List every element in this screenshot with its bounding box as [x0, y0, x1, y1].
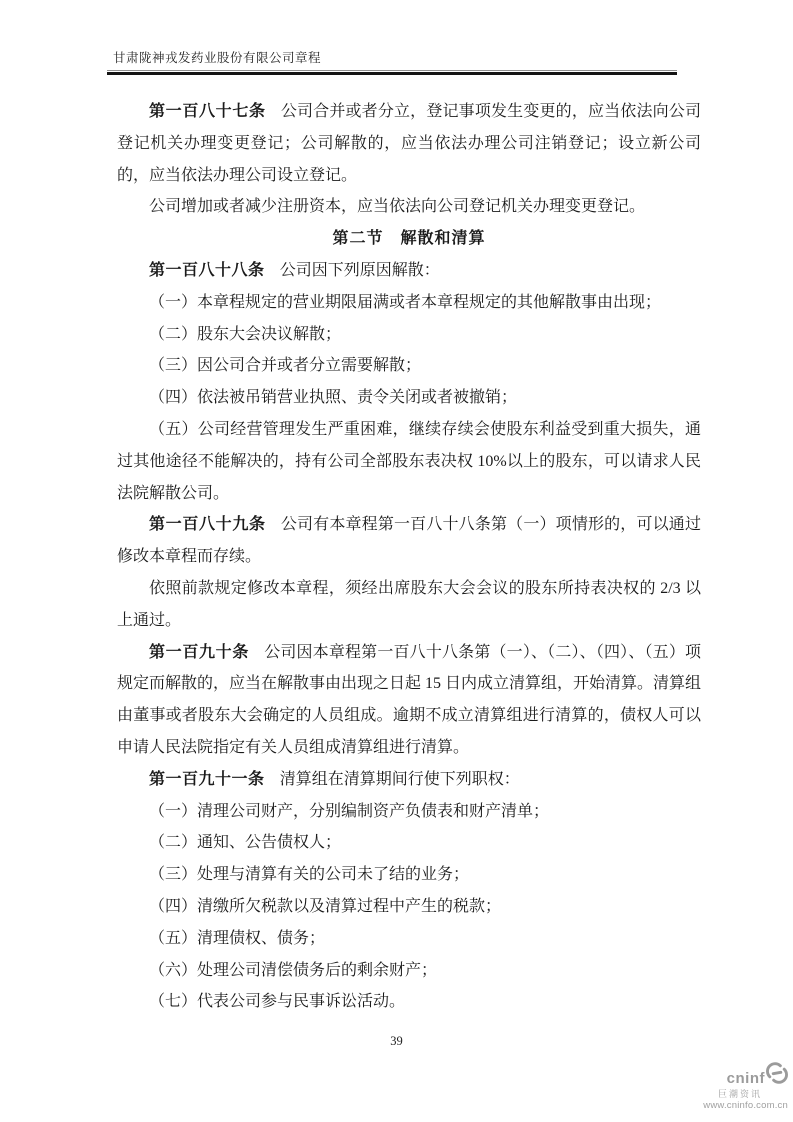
page-number: 39: [0, 1034, 793, 1049]
document-page: 甘肃陇神戎发药业股份有限公司章程 第一百八十七条公司合并或者分立，登记事项发生变…: [0, 0, 793, 1122]
paragraph-plain: （四）依法被吊销营业执照、责令关闭或者被撤销；: [117, 382, 701, 414]
paragraph-plain: （一）清理公司财产，分别编制资产负债表和财产清单；: [117, 796, 701, 828]
cninfo-logo-row: cninf: [676, 1062, 788, 1089]
paragraph-plain: 公司增加或者减少注册资本，应当依法向公司登记机关办理变更登记。: [117, 191, 701, 223]
paragraph-plain: （五）公司经营管理发生严重困难，继续存续会使股东利益受到重大损失，通过其他途径不…: [117, 414, 701, 509]
paragraph-article: 第一百九十条公司因本章程第一百八十八条第（一）、（二）、（四）、（五）项规定而解…: [117, 637, 701, 764]
paragraph-plain: （六）处理公司清偿债务后的剩余财产；: [117, 955, 701, 987]
document-body: 第一百八十七条公司合并或者分立，登记事项发生变更的，应当依法向公司登记机关办理变…: [117, 96, 701, 1018]
header-rule-thick: [107, 72, 677, 75]
page-header: 甘肃陇神戎发药业股份有限公司章程: [107, 48, 677, 75]
article-number-label: 第一百八十七条: [149, 103, 266, 120]
paragraph-plain: （三）因公司合并或者分立需要解散；: [117, 350, 701, 382]
section-heading: 第二节 解散和清算: [117, 223, 701, 255]
article-text: 公司因下列原因解散：: [280, 262, 440, 279]
header-title: 甘肃陇神戎发药业股份有限公司章程: [107, 48, 677, 70]
paragraph-article: 第一百八十七条公司合并或者分立，登记事项发生变更的，应当依法向公司登记机关办理变…: [117, 96, 701, 191]
paragraph-article: 第一百八十九条公司有本章程第一百八十八条第（一）项情形的，可以通过修改本章程而存…: [117, 509, 701, 573]
article-number-label: 第一百九十条: [149, 644, 249, 661]
article-number-label: 第一百九十一条: [149, 771, 265, 788]
article-number-label: 第一百八十八条: [149, 262, 265, 279]
header-rule-thin: [107, 70, 677, 71]
paragraph-article: 第一百八十八条公司因下列原因解散：: [117, 255, 701, 287]
article-number-label: 第一百八十九条: [149, 516, 266, 533]
paragraph-plain: （五）清理债权、债务；: [117, 923, 701, 955]
paragraph-plain: （四）清缴所欠税款以及清算过程中产生的税款；: [117, 891, 701, 923]
paragraph-article: 第一百九十一条清算组在清算期间行使下列职权：: [117, 764, 701, 796]
paragraph-plain: （一）本章程规定的营业期限届满或者本章程规定的其他解散事由出现；: [117, 287, 701, 319]
cninfo-logo-url: www.cninfo.com.cn: [676, 1101, 788, 1111]
paragraph-plain: （二）股东大会决议解散；: [117, 319, 701, 351]
cninfo-swirl-icon: [766, 1062, 788, 1089]
cninfo-logo-chinese: 巨潮资讯: [676, 1090, 788, 1099]
paragraph-plain: （三）处理与清算有关的公司未了结的业务；: [117, 859, 701, 891]
paragraph-plain: 依照前款规定修改本章程，须经出席股东大会会议的股东所持表决权的 2/3 以上通过…: [117, 573, 701, 637]
paragraph-plain: （二）通知、公告债权人；: [117, 827, 701, 859]
paragraph-plain: （七）代表公司参与民事诉讼活动。: [117, 986, 701, 1018]
cninfo-watermark: cninf 巨潮资讯 www.cninfo.com.cn: [676, 1062, 788, 1111]
article-text: 清算组在清算期间行使下列职权：: [280, 771, 520, 788]
cninfo-logo-text: cninf: [727, 1071, 765, 1089]
